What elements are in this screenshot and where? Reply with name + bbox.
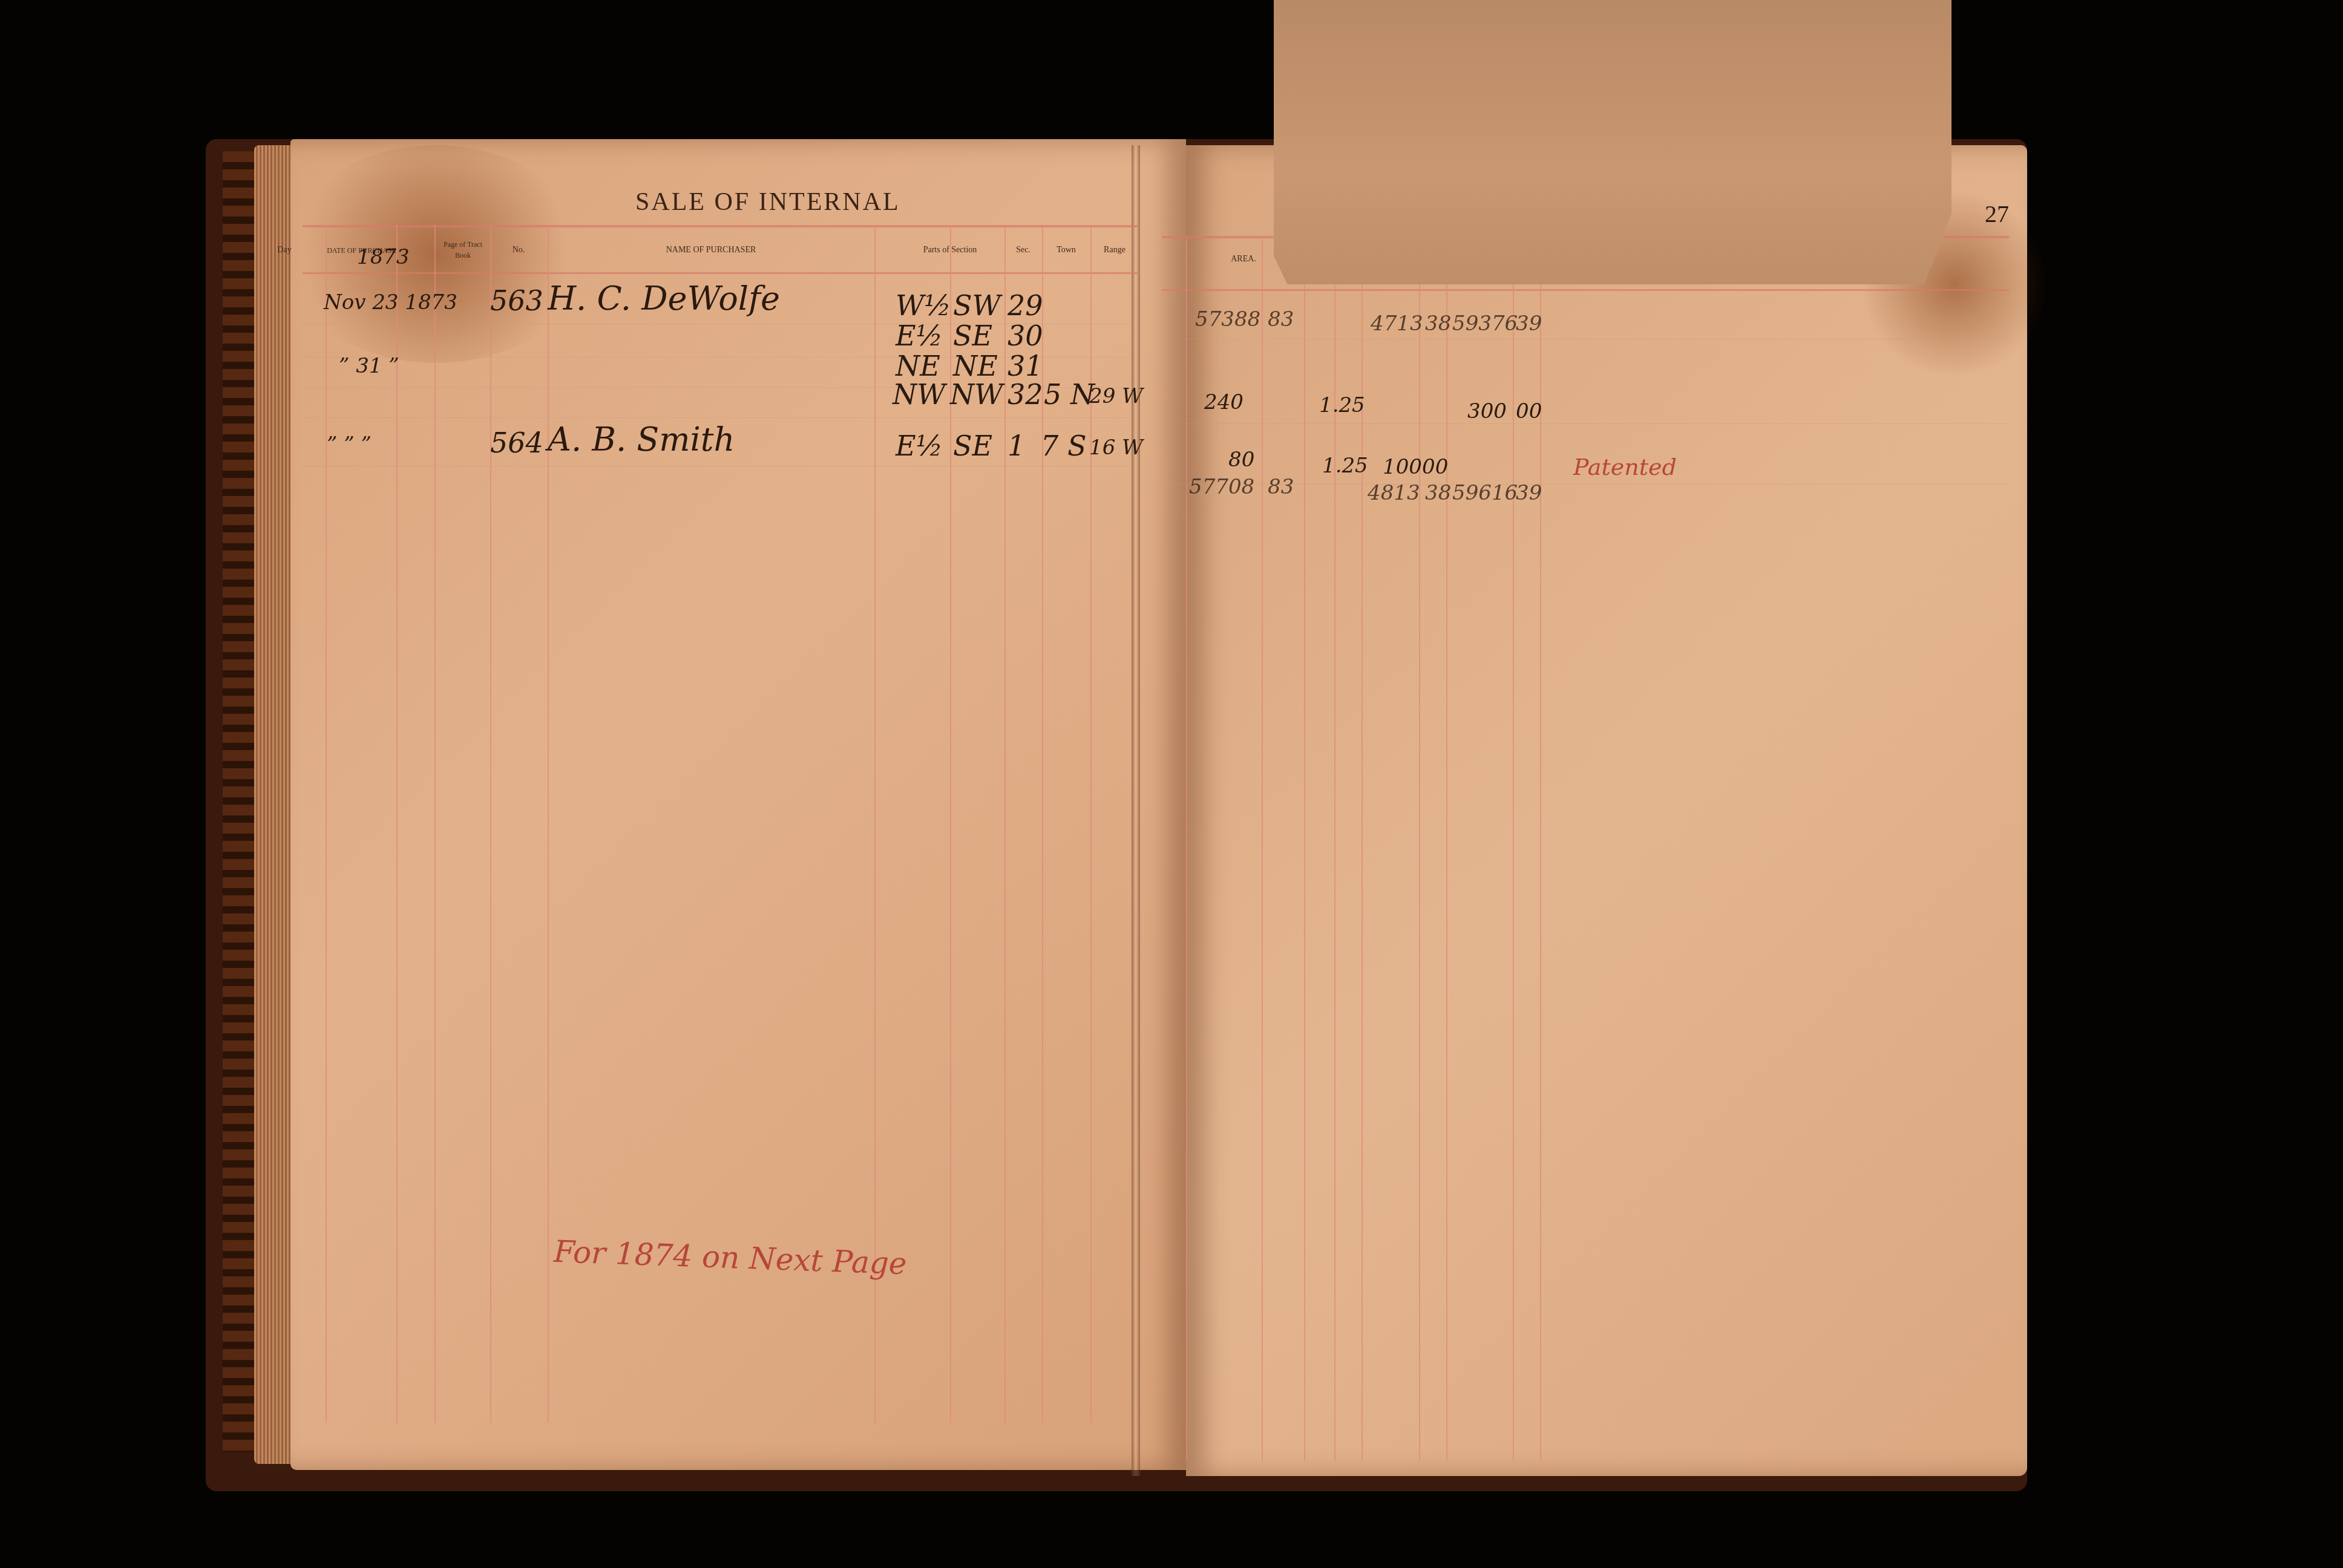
column-divider — [1419, 239, 1420, 1461]
carried-paid: 4713 — [1371, 312, 1423, 336]
col-header-range: Range — [1090, 245, 1139, 256]
col-header-sec: Sec. — [1004, 245, 1042, 256]
col-header-parts: Parts of Section — [874, 245, 1026, 256]
smith-price: 1.25 — [1322, 454, 1368, 478]
dewolfe-area: 240 — [1204, 390, 1244, 414]
column-divider — [548, 225, 549, 1423]
entry-quarter: SW — [953, 289, 1001, 322]
book-gutter — [1132, 145, 1140, 1476]
carried-paid-cents: 38 — [1425, 312, 1451, 336]
column-divider — [326, 225, 327, 1423]
entry-parts: W½ — [896, 289, 951, 322]
entry-sec: 29 — [1008, 289, 1043, 322]
total-note: 59616 — [1452, 481, 1518, 505]
entry-date: ” 31 ” — [339, 354, 399, 378]
total-note-cents: 39 — [1516, 481, 1542, 505]
ruled-line — [303, 417, 1138, 418]
carried-note-cents: 39 — [1516, 312, 1542, 336]
col-header-name: NAME OF PURCHASER — [548, 245, 874, 256]
entry-town: 5 N — [1044, 378, 1095, 411]
dewolfe-price: 1.25 — [1319, 393, 1365, 417]
smith-area: 80 — [1228, 448, 1254, 472]
column-divider — [1004, 225, 1006, 1423]
total-paid-cents: 38 — [1425, 481, 1451, 505]
column-divider — [396, 225, 398, 1423]
column-divider — [1362, 239, 1363, 1461]
entry-town: 7 S — [1041, 430, 1086, 462]
header-rule-bottom — [303, 272, 1138, 274]
column-divider — [874, 225, 876, 1423]
page-number: 27 — [1985, 200, 2009, 228]
ruled-line — [1162, 423, 2009, 424]
smith-paid: 100 — [1383, 455, 1422, 479]
col-header-tract-page: Page of Tract Book — [436, 239, 490, 261]
col-header-town: Town — [1042, 245, 1090, 256]
total-area-frac: 83 — [1268, 475, 1294, 499]
page-title: SALE OF INTERNAL — [635, 188, 900, 217]
column-divider — [490, 225, 491, 1423]
entry-quarter: SE — [953, 430, 992, 462]
column-divider — [1304, 239, 1305, 1461]
dewolfe-note-cents: 00 — [1516, 399, 1542, 423]
total-paid: 4813 — [1368, 481, 1420, 505]
dewolfe-note: 300 — [1467, 399, 1507, 423]
entry-parts: E½ — [896, 430, 943, 462]
column-divider — [1334, 239, 1335, 1461]
entry-sec: 32 — [1008, 378, 1043, 411]
entry-name: A. B. Smith — [548, 420, 735, 459]
entry-date: Nov 23 1873 — [324, 290, 457, 315]
entry-sec: 30 — [1008, 319, 1043, 352]
entry-quarter: SE — [953, 319, 992, 352]
carried-note: 59376 — [1452, 312, 1518, 336]
entry-sec: 31 — [1008, 350, 1043, 382]
entry-name: H. C. DeWolfe — [548, 279, 780, 318]
entry-quarter: NW — [950, 378, 1003, 411]
ruled-line — [303, 466, 1138, 466]
entry-date: ” ” ” — [327, 433, 372, 457]
smith-paid-cents: 00 — [1422, 455, 1448, 479]
smith-remarks: Patented — [1573, 454, 1677, 480]
entry-quarter: NE — [953, 350, 998, 382]
column-divider — [1446, 239, 1447, 1461]
header-rule-bottom — [1162, 289, 2009, 291]
carried-area: 57388 — [1195, 307, 1260, 332]
entry-range: 16 W — [1089, 436, 1143, 460]
column-divider — [434, 225, 436, 1423]
col-header-no: No. — [491, 245, 546, 256]
total-area: 57708 — [1189, 475, 1254, 499]
entry-parts: NW — [893, 378, 946, 411]
page-stack-edge — [254, 145, 290, 1464]
lifted-page-flap — [1274, 0, 1951, 284]
col-header-day: Day — [266, 245, 303, 256]
header-rule-top — [303, 225, 1138, 227]
column-divider — [1186, 239, 1187, 1461]
entry-parts: NE — [896, 350, 940, 382]
column-divider — [1513, 239, 1514, 1461]
column-divider — [1262, 239, 1263, 1461]
year-marker: 1873 — [357, 245, 410, 269]
entry-no: 563 — [490, 284, 543, 317]
book-spine — [223, 151, 259, 1452]
entry-range: 29 W — [1089, 384, 1143, 408]
ruled-line — [1162, 339, 2009, 339]
entry-parts: E½ — [896, 319, 943, 352]
carried-area-frac: 83 — [1268, 307, 1294, 332]
entry-sec: 1 — [1008, 430, 1025, 462]
entry-no: 564 — [490, 426, 543, 459]
